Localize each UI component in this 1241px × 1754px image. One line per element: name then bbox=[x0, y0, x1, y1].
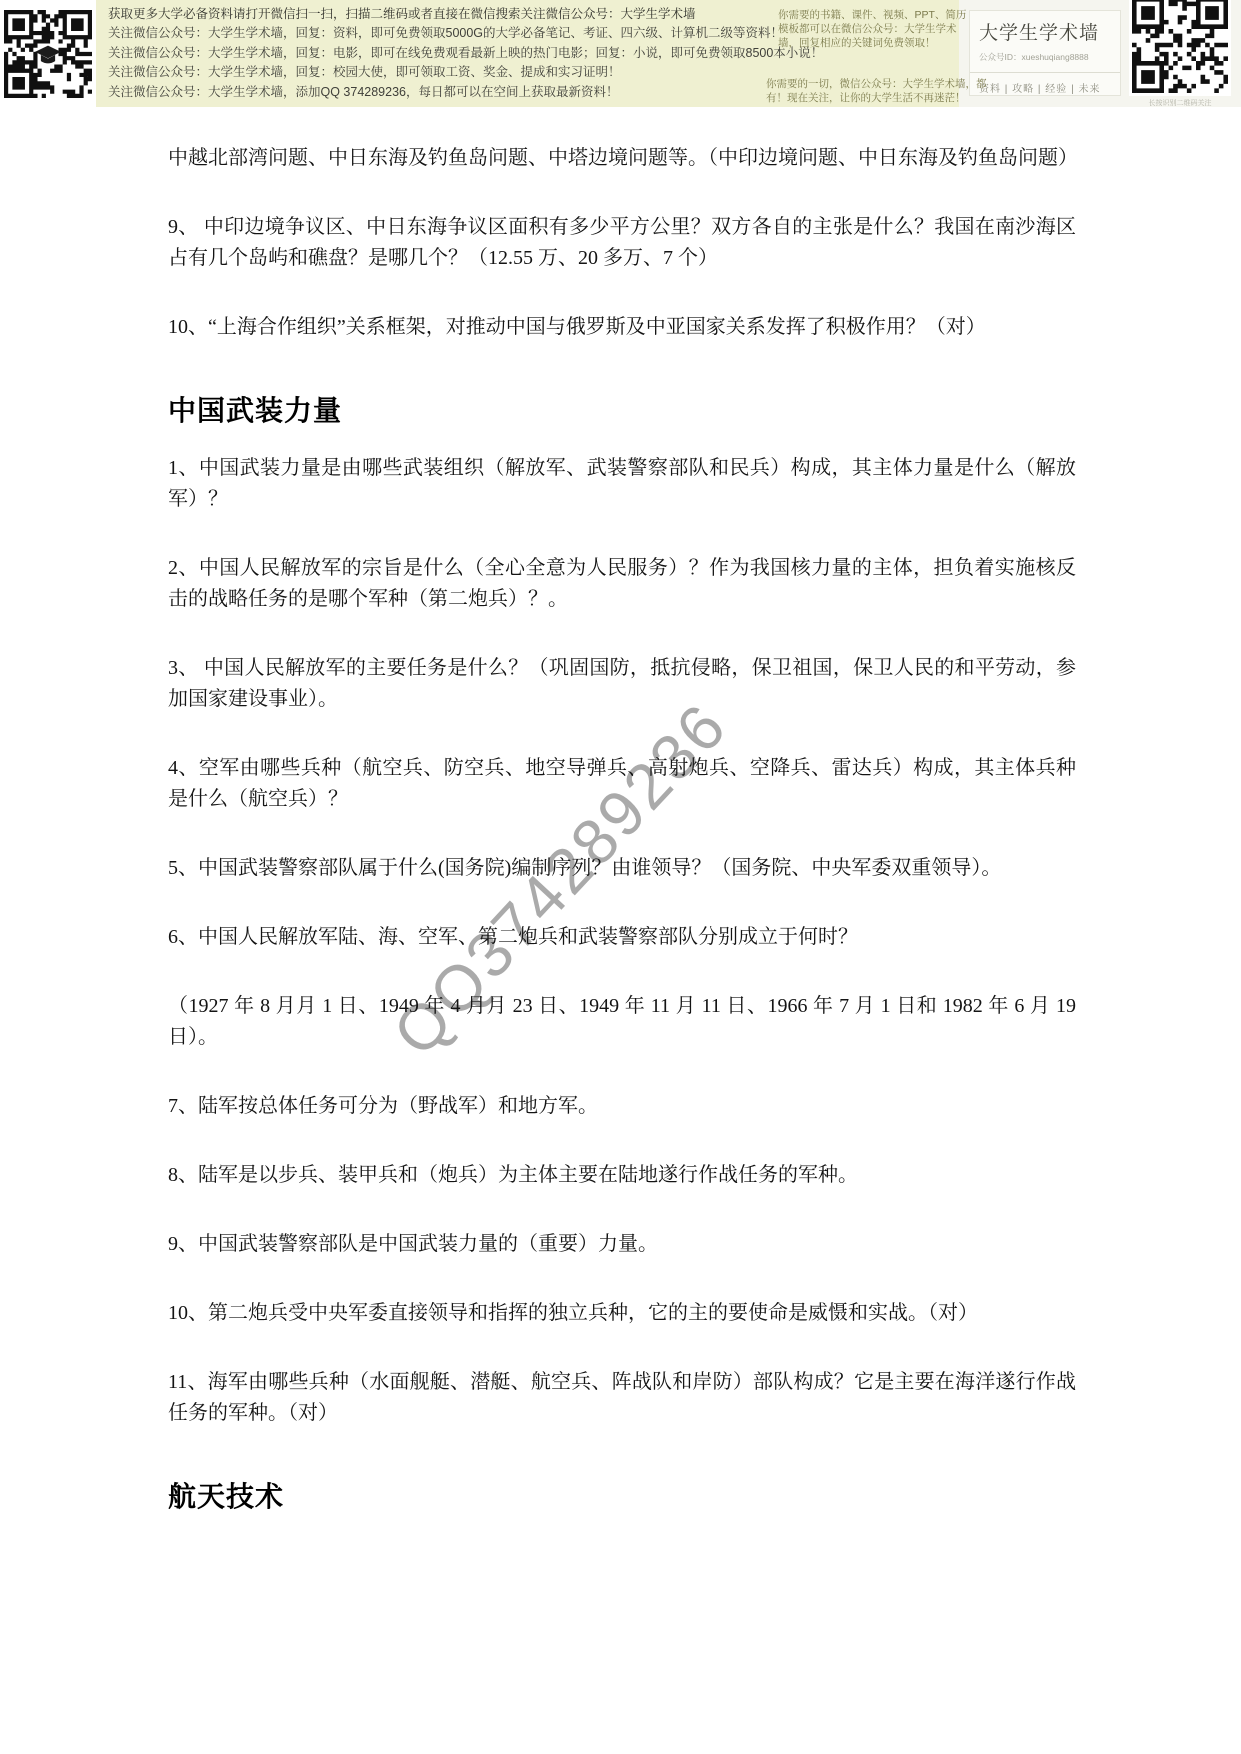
brand-card-area: 大学生学术墙 公众号ID：xueshuqiang8888 资料 | 攻略 | 经… bbox=[959, 0, 1241, 107]
brand-card: 大学生学术墙 公众号ID：xueshuqiang8888 资料 | 攻略 | 经… bbox=[969, 10, 1121, 96]
paragraph: 4、空军由哪些兵种（航空兵、防空兵、地空导弹兵、高射炮兵、空降兵、雷达兵）构成，… bbox=[168, 753, 1076, 815]
paragraph: 中越北部湾问题、中日东海及钓鱼岛问题、中塔边境问题等。（中印边境问题、中日东海及… bbox=[168, 143, 1076, 174]
card-divider bbox=[970, 72, 1120, 73]
side-note-top: 你需要的书籍、课件、视频、PPT、简历模板都可以在微信公众号：大学生学术墙，回复… bbox=[778, 8, 974, 50]
paragraph: 6、中国人民解放军陆、海、空军、第二炮兵和武装警察部队分别成立于何时？ bbox=[168, 922, 1076, 953]
paragraph: 1、中国武装力量是由哪些武装组织（解放军、武装警察部队和民兵）构成，其主体力量是… bbox=[168, 453, 1076, 515]
paragraph: 8、陆军是以步兵、装甲兵和（炮兵）为主体主要在陆地遂行作战任务的军种。 bbox=[168, 1160, 1076, 1191]
promo-banner: 获取更多大学必备资料请打开微信扫一扫，扫描二维码或者直接在微信搜索关注微信公众号… bbox=[0, 0, 1241, 107]
brand-tabs: 资料 | 攻略 | 经验 | 未来 bbox=[979, 80, 1111, 95]
section-heading: 航天技术 bbox=[168, 1475, 1076, 1515]
paragraph: 5、中国武装警察部队属于什么(国务院)编制序列？由谁领导？（国务院、中央军委双重… bbox=[168, 853, 1076, 884]
paragraph: 9、 中印边境争议区、中日东海争议区面积有多少平方公里？双方各自的主张是什么？我… bbox=[168, 212, 1076, 274]
brand-account-id: 公众号ID：xueshuqiang8888 bbox=[979, 51, 1111, 63]
paragraph: 2、中国人民解放军的宗旨是什么（全心全意为人民服务）？作为我国核力量的主体，担负… bbox=[168, 553, 1076, 615]
qr-code-right-image bbox=[1132, 0, 1228, 93]
paragraph: 10、“上海合作组织”关系框架，对推动中国与俄罗斯及中亚国家关系发挥了积极作用？… bbox=[168, 312, 1076, 343]
brand-title: 大学生学术墙 bbox=[979, 18, 1111, 45]
paragraph: 7、陆军按总体任务可分为（野战军）和地方军。 bbox=[168, 1091, 1076, 1122]
paragraph: 10、第二炮兵受中央军委直接领导和指挥的独立兵种，它的主的要使命是威慑和实战。（… bbox=[168, 1298, 1076, 1329]
document-page: 获取更多大学必备资料请打开微信扫一扫，扫描二维码或者直接在微信搜索关注微信公众号… bbox=[0, 0, 1241, 1515]
qr-code-left-image bbox=[4, 10, 92, 98]
side-note-bottom: 你需要的一切，微信公众号：大学生学术墙，都有！现在关注，让你的大学生活不再迷茫！ bbox=[766, 77, 990, 105]
paragraph: 11、海军由哪些兵种（水面舰艇、潜艇、航空兵、阵战队和岸防）部队构成？它是主要在… bbox=[168, 1367, 1076, 1429]
document-content: QQ374289236 中越北部湾问题、中日东海及钓鱼岛问题、中塔边境问题等。（… bbox=[0, 107, 1241, 1515]
document-blocks: 中越北部湾问题、中日东海及钓鱼岛问题、中塔边境问题等。（中印边境问题、中日东海及… bbox=[168, 143, 1076, 1515]
paragraph: （1927 年 8 月月 1 日、1949 年 4 月月 23 日、1949 年… bbox=[168, 991, 1076, 1053]
qr-code-left bbox=[0, 0, 96, 107]
qr-code-right: 长按识别二维码关注 bbox=[1128, 0, 1232, 108]
section-heading: 中国武装力量 bbox=[168, 389, 1076, 429]
paragraph: 3、 中国人民解放军的主要任务是什么？（巩固国防，抵抗侵略，保卫祖国，保卫人民的… bbox=[168, 653, 1076, 715]
paragraph: 9、中国武装警察部队是中国武装力量的（重要）力量。 bbox=[168, 1229, 1076, 1260]
